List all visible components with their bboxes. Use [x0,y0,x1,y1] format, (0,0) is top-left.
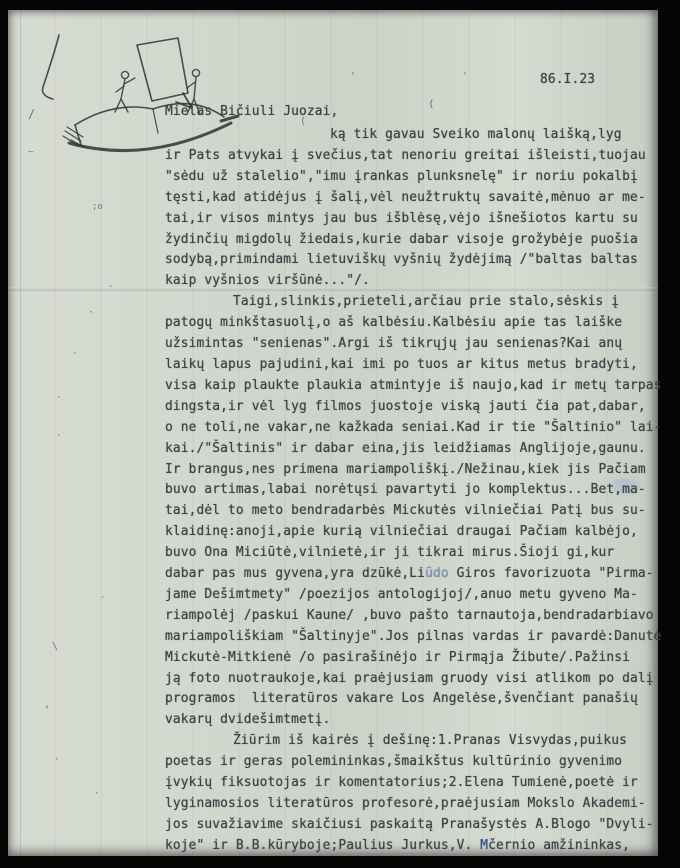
letter-line: buvo Ona Miciūtė,vilnietė,ir ji tikrai m… [165,543,665,564]
letter-date: 86.I.23 [540,72,595,87]
stray-mark: ( [428,98,435,109]
stray-mark: \ [52,642,58,652]
letter-line: užsimintas "senienas".Argi iš tikrųjų ja… [165,334,665,355]
letter-page: 86.I.23 Mielas Bičiuli Juozai, ką tik ga… [8,10,658,856]
stray-mark: ' [350,72,356,82]
letter-line: jos suvažiavime skaičiusi paskaitą Prana… [165,815,665,836]
letter-line: sodybą,primindami lietuviškų vyšnių žydė… [165,250,665,271]
stray-mark: ' [462,72,468,82]
letter-line: ką tik gavau Sveiko malonų laišką,lyg [165,125,665,146]
letter-line: Ir brangus,nes primena mariampoliškį./Ne… [165,460,665,481]
letter-line: poetas ir geras polemininkas,šmaikštus k… [165,752,665,773]
letter-line: tai,dėl to meto bendradarbės Mickutės vi… [165,501,665,522]
letter-line: dingsta,ir vėl lyg filmos juostoje viską… [165,397,665,418]
stray-mark: , [44,700,50,710]
stray-mark: · [56,432,61,441]
scan-frame: 86.I.23 Mielas Bičiuli Juozai, ką tik ga… [0,0,680,868]
letter-line: "sėdu už stalelio","imu įrankas plunksne… [165,167,665,188]
stray-mark: · [54,756,59,765]
letter-line: vakarų dvidešimtmetį. [165,710,665,731]
letter-line: kaip vyšnios viršūnė..."/. [165,271,665,292]
letter-line: ją foto nuotraukoje,kai praėjusiam gruod… [165,669,665,690]
stray-mark: · [56,394,61,403]
letter-line: programos literatūros vakare Los Angelės… [165,689,665,710]
letter-line: žydinčių migdolų žiedais,kurie dabar vis… [165,230,665,251]
stray-mark: · [94,790,99,799]
letter-line: jame Dešimtmety" /poezijos antologijoj/,… [165,585,665,606]
letter-line: klaidinę:anoji,apie kurią vilniečiai dra… [165,522,665,543]
letter-line: Mickutė-Mitkienė /o pasirašinėjo ir Pirm… [165,648,665,669]
letter-line: Žiūrim iš kairės į dešinę:1.Pranas Visvy… [165,731,665,752]
letter-line: dabar pas mus gyvena,yra dzūkė,Liūdo Gir… [165,564,665,585]
letter-line: buvo artimas,labai norėtųsi pavartyti jo… [165,480,665,501]
letter-line: riampolėj /paskui Kaune/ ,buvo pašto tar… [165,606,665,627]
letter-line: Taigi,slinkis,prieteli,arčiau prie stalo… [165,292,665,313]
stray-mark: · [72,350,77,359]
letter-line: lyginamosios literatūros profesorė,praėj… [165,794,665,815]
stray-mark: ;o [92,203,103,212]
letter-line: ir Pats atvykai į svečius,tat nenoriu gr… [165,146,665,167]
letter-line: mariampoliškiam "Šaltinyje".Jos pilnas v… [165,627,665,648]
letter-line: o ne toli,ne vakar,ne kažkada seniai.Kad… [165,418,665,439]
letter-line: kai./"Šaltinis" ir dabar eina,jis leidži… [165,439,665,460]
letter-line: tęsti,kad atidėjus į šalį,vėl neužtruktų… [165,188,665,209]
letter-line: visa kaip plaukte plaukia atmintyje iš n… [165,376,665,397]
fold-crease-vertical [20,10,22,856]
stray-mark: - [108,282,114,292]
stray-mark: · [100,594,105,603]
stray-mark: · [88,308,94,318]
letter-line: įvykių fiksuotojas ir komentatorius;2.El… [165,773,665,794]
letter-salutation: Mielas Bičiuli Juozai, [165,104,338,119]
letter-line: tai,ir visos mintys jau bus išblėsę,vėjo… [165,209,665,230]
letter-line: koje" ir B.B.kūryboje;Paulius Jurkus,V. … [165,836,665,857]
letter-line: laikų lapus pajudini,kai imi po tuos ar … [165,355,665,376]
letter-line: patogų minkštasuolį,o aš kalbėsiu.Kalbės… [165,313,665,334]
letter-body: ką tik gavau Sveiko malonų laišką,lygir … [165,125,665,857]
